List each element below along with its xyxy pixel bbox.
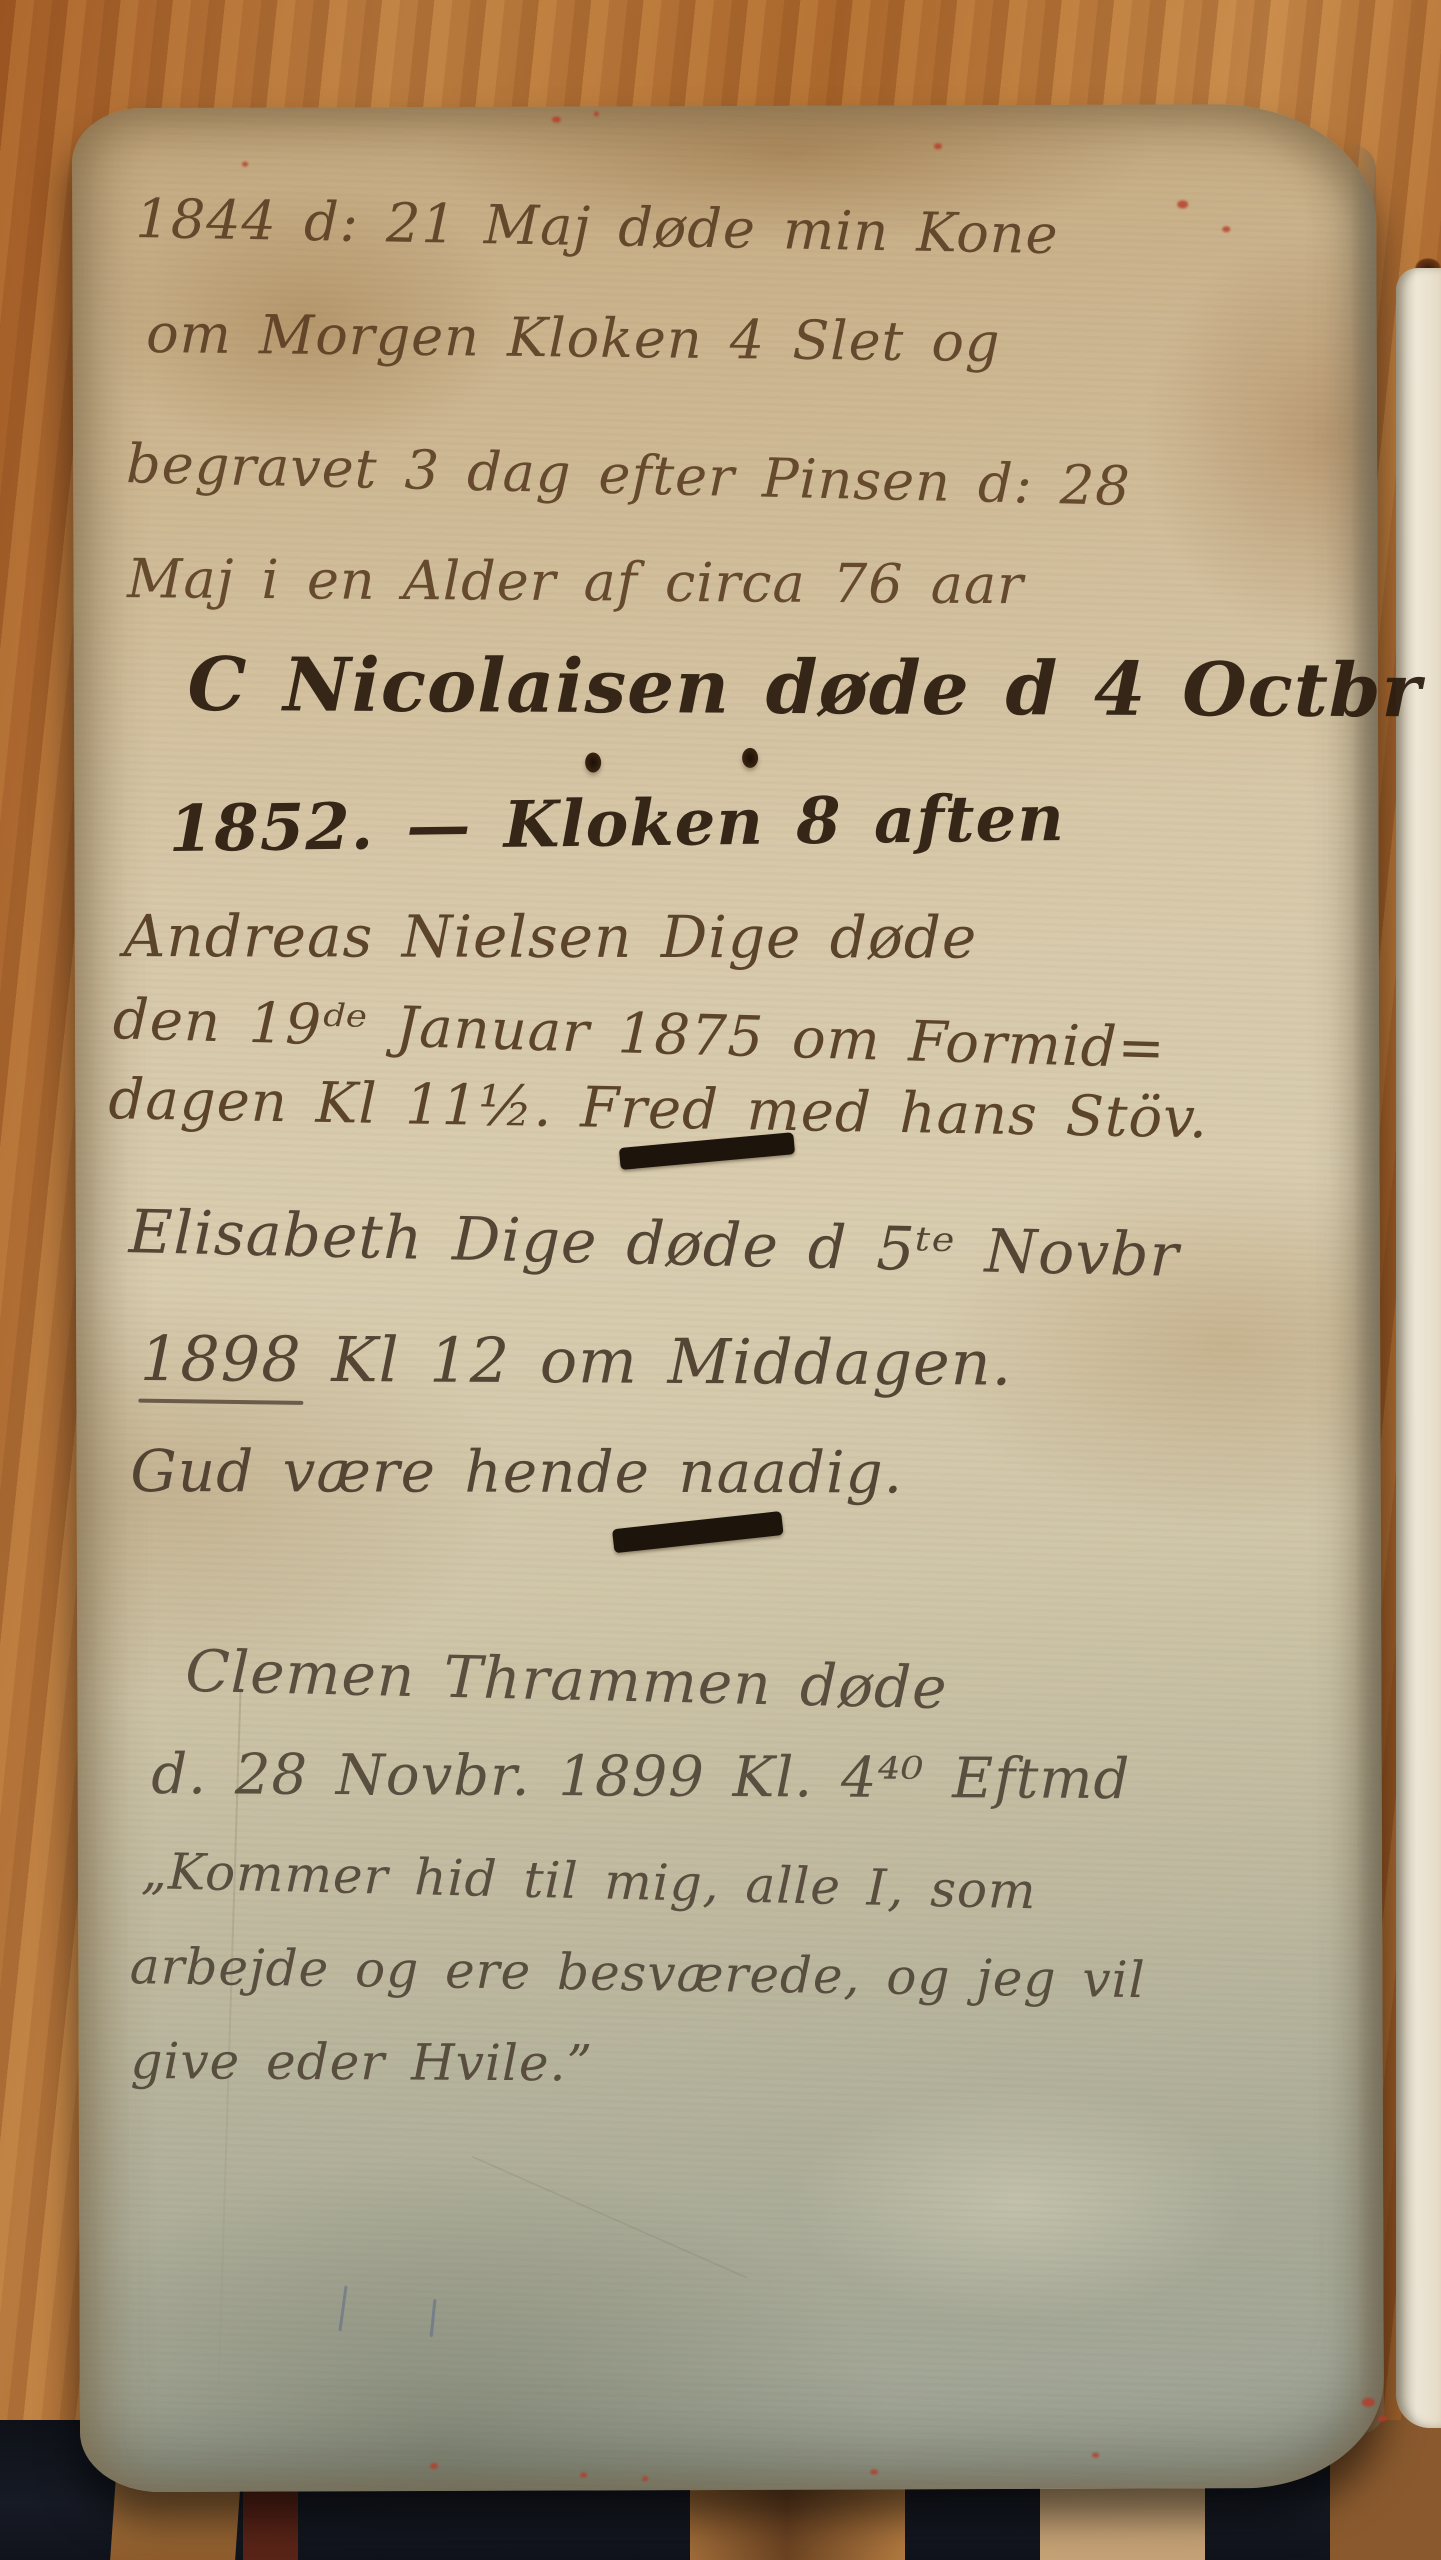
record-1899-line: d. 28 Novbr. 1899 Kl. 4⁴⁰ Eftmd — [151, 1742, 1130, 1812]
record-1844-line: 1844 d: 21 Maj døde min Kone — [135, 187, 1059, 266]
red-dye-speckle — [580, 2472, 587, 2477]
red-dye-speckle — [934, 143, 942, 149]
record-1844-line: begravet 3 dag efter Pinsen d: 28 — [126, 432, 1132, 518]
red-dye-speckle — [552, 117, 561, 123]
red-dye-speckle — [1092, 2453, 1099, 2458]
record-1898-line: 1898 Kl 12 om Middagen. — [140, 1322, 1013, 1400]
manuscript-page: 1844 d: 21 Maj døde min Kone om Morgen K… — [72, 104, 1384, 2493]
ink-underline — [138, 1399, 303, 1405]
red-dye-speckle — [870, 2469, 878, 2474]
book-fore-edge-pages — [1396, 268, 1441, 2428]
record-1899-line: arbejde og ere besværede, og jeg vil — [129, 1937, 1146, 2009]
wormhole — [585, 752, 601, 772]
red-dye-speckle — [1222, 226, 1230, 232]
red-dye-speckle — [642, 2476, 648, 2481]
record-1852-line: 1852. — Kloken 8 aften — [168, 781, 1065, 867]
photo-of-manuscript: 1844 d: 21 Maj døde min Kone om Morgen K… — [0, 0, 1441, 2560]
red-dye-speckle — [1378, 2416, 1387, 2422]
wormhole — [742, 748, 758, 768]
record-1898-line: Elisabeth Dige døde d 5ᵗᵉ Novbr — [128, 1197, 1180, 1291]
record-1899-line: „Kommer hid til mig, alle I, som — [141, 1842, 1038, 1920]
record-1898-line: Gud være hende naadig. — [130, 1437, 903, 1506]
record-1852-line: C Nicolaisen døde d 4 Octbr — [187, 642, 1422, 734]
record-1875-line: den 19ᵈᵉ Januar 1875 om Formid= — [112, 987, 1166, 1081]
record-1844-line: om Morgen Kloken 4 Slet og — [146, 302, 1001, 374]
red-dye-speckle — [242, 162, 248, 167]
ink-divider — [612, 1511, 784, 1553]
record-1875-line: Andreas Nielsen Dige døde — [123, 902, 977, 971]
record-1875-line: dagen Kl 11½. Fred med hans Stöv. — [108, 1067, 1208, 1151]
red-dye-speckle — [594, 111, 599, 116]
record-1899-line: Clemen Thrammen døde — [185, 1637, 949, 1722]
record-1844-line: Maj i en Alder af circa 76 aar — [127, 547, 1024, 616]
blue-pencil-mark — [338, 2285, 347, 2331]
red-dye-speckle — [430, 2463, 438, 2469]
paper-scratch — [472, 2156, 747, 2279]
red-dye-speckle — [1177, 200, 1188, 208]
record-1899-line: give eder Hvile.” — [130, 2032, 593, 2092]
blue-pencil-mark — [430, 2299, 437, 2337]
red-dye-speckle — [1362, 2398, 1375, 2407]
